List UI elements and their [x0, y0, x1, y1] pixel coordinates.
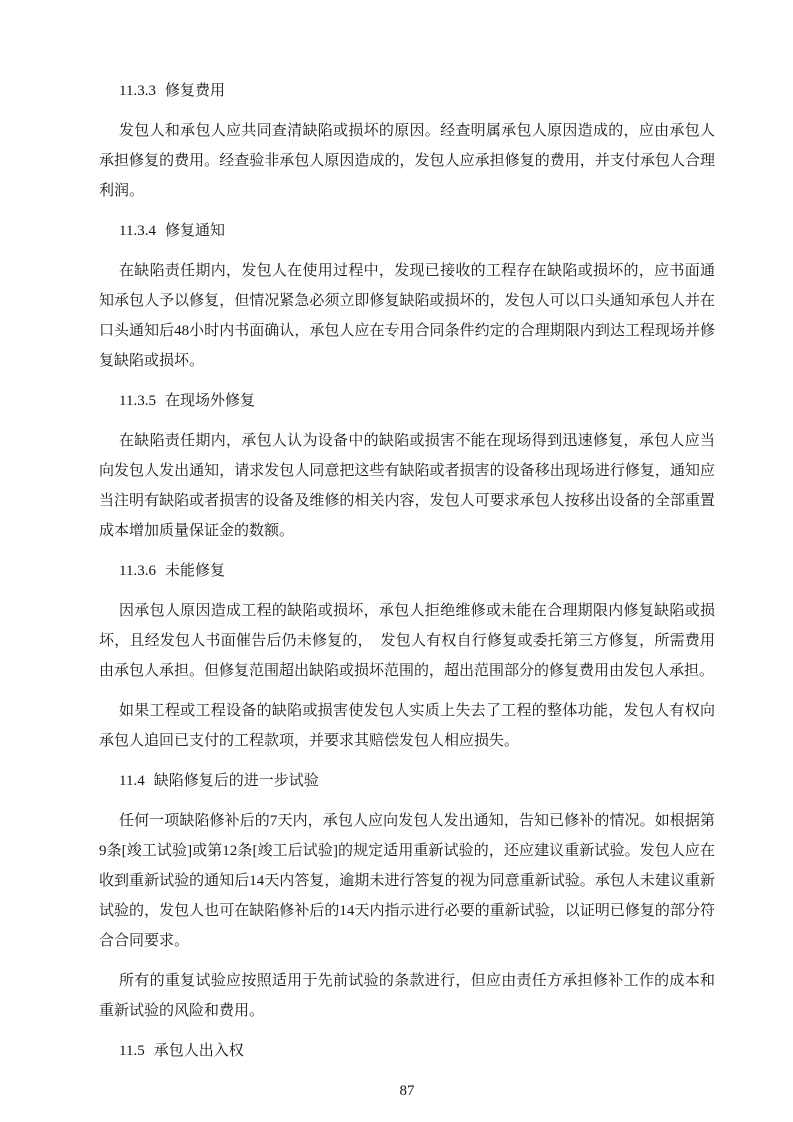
section-heading-11-3-3: 11.3.3修复费用: [99, 76, 715, 106]
section-heading-11-3-6: 11.3.6未能修复: [99, 556, 715, 586]
paragraph: 在缺陷责任期内，承包人认为设备中的缺陷或损害不能在现场得到迅速修复，承包人应当向…: [99, 426, 715, 546]
section-number: 11.3.4: [119, 223, 156, 239]
section-number: 11.3.6: [119, 563, 156, 579]
page-content: 11.3.3修复费用 发包人和承包人应共同查清缺陷或损坏的原因。经查明属承包人原…: [0, 0, 793, 1066]
section-heading-11-4: 11.4缺陷修复后的进一步试验: [99, 766, 715, 796]
section-title: 修复费用: [165, 83, 225, 99]
section-title: 修复通知: [165, 223, 225, 239]
page-footer: 87: [99, 1076, 715, 1106]
paragraph: 因承包人原因造成工程的缺陷或损坏，承包人拒绝维修或未能在合理期限内修复缺陷或损坏…: [99, 596, 715, 686]
page-number: 87: [400, 1083, 415, 1099]
paragraph: 任何一项缺陷修补后的7天内，承包人应向发包人发出通知，告知已修补的情况。如根据第…: [99, 806, 715, 956]
section-title: 在现场外修复: [165, 393, 255, 409]
section-number: 11.3.3: [119, 83, 156, 99]
paragraph: 所有的重复试验应按照适用于先前试验的条款进行，但应由责任方承担修补工作的成本和重…: [99, 966, 715, 1026]
section-number: 11.4: [119, 773, 145, 789]
paragraph: 如果工程或工程设备的缺陷或损害使发包人实质上失去了工程的整体功能，发包人有权向承…: [99, 696, 715, 756]
section-heading-11-3-4: 11.3.4修复通知: [99, 216, 715, 246]
section-number: 11.3.5: [119, 393, 156, 409]
section-heading-11-5: 11.5承包人出入权: [99, 1036, 715, 1066]
document-page: 11.3.3修复费用 发包人和承包人应共同查清缺陷或损坏的原因。经查明属承包人原…: [0, 0, 793, 1122]
section-title: 未能修复: [165, 563, 225, 579]
section-title: 缺陷修复后的进一步试验: [154, 773, 319, 789]
section-number: 11.5: [119, 1043, 145, 1059]
section-heading-11-3-5: 11.3.5在现场外修复: [99, 386, 715, 416]
section-title: 承包人出入权: [154, 1043, 244, 1059]
paragraph: 发包人和承包人应共同查清缺陷或损坏的原因。经查明属承包人原因造成的，应由承包人承…: [99, 116, 715, 206]
paragraph: 在缺陷责任期内，发包人在使用过程中，发现已接收的工程存在缺陷或损坏的，应书面通知…: [99, 256, 715, 376]
